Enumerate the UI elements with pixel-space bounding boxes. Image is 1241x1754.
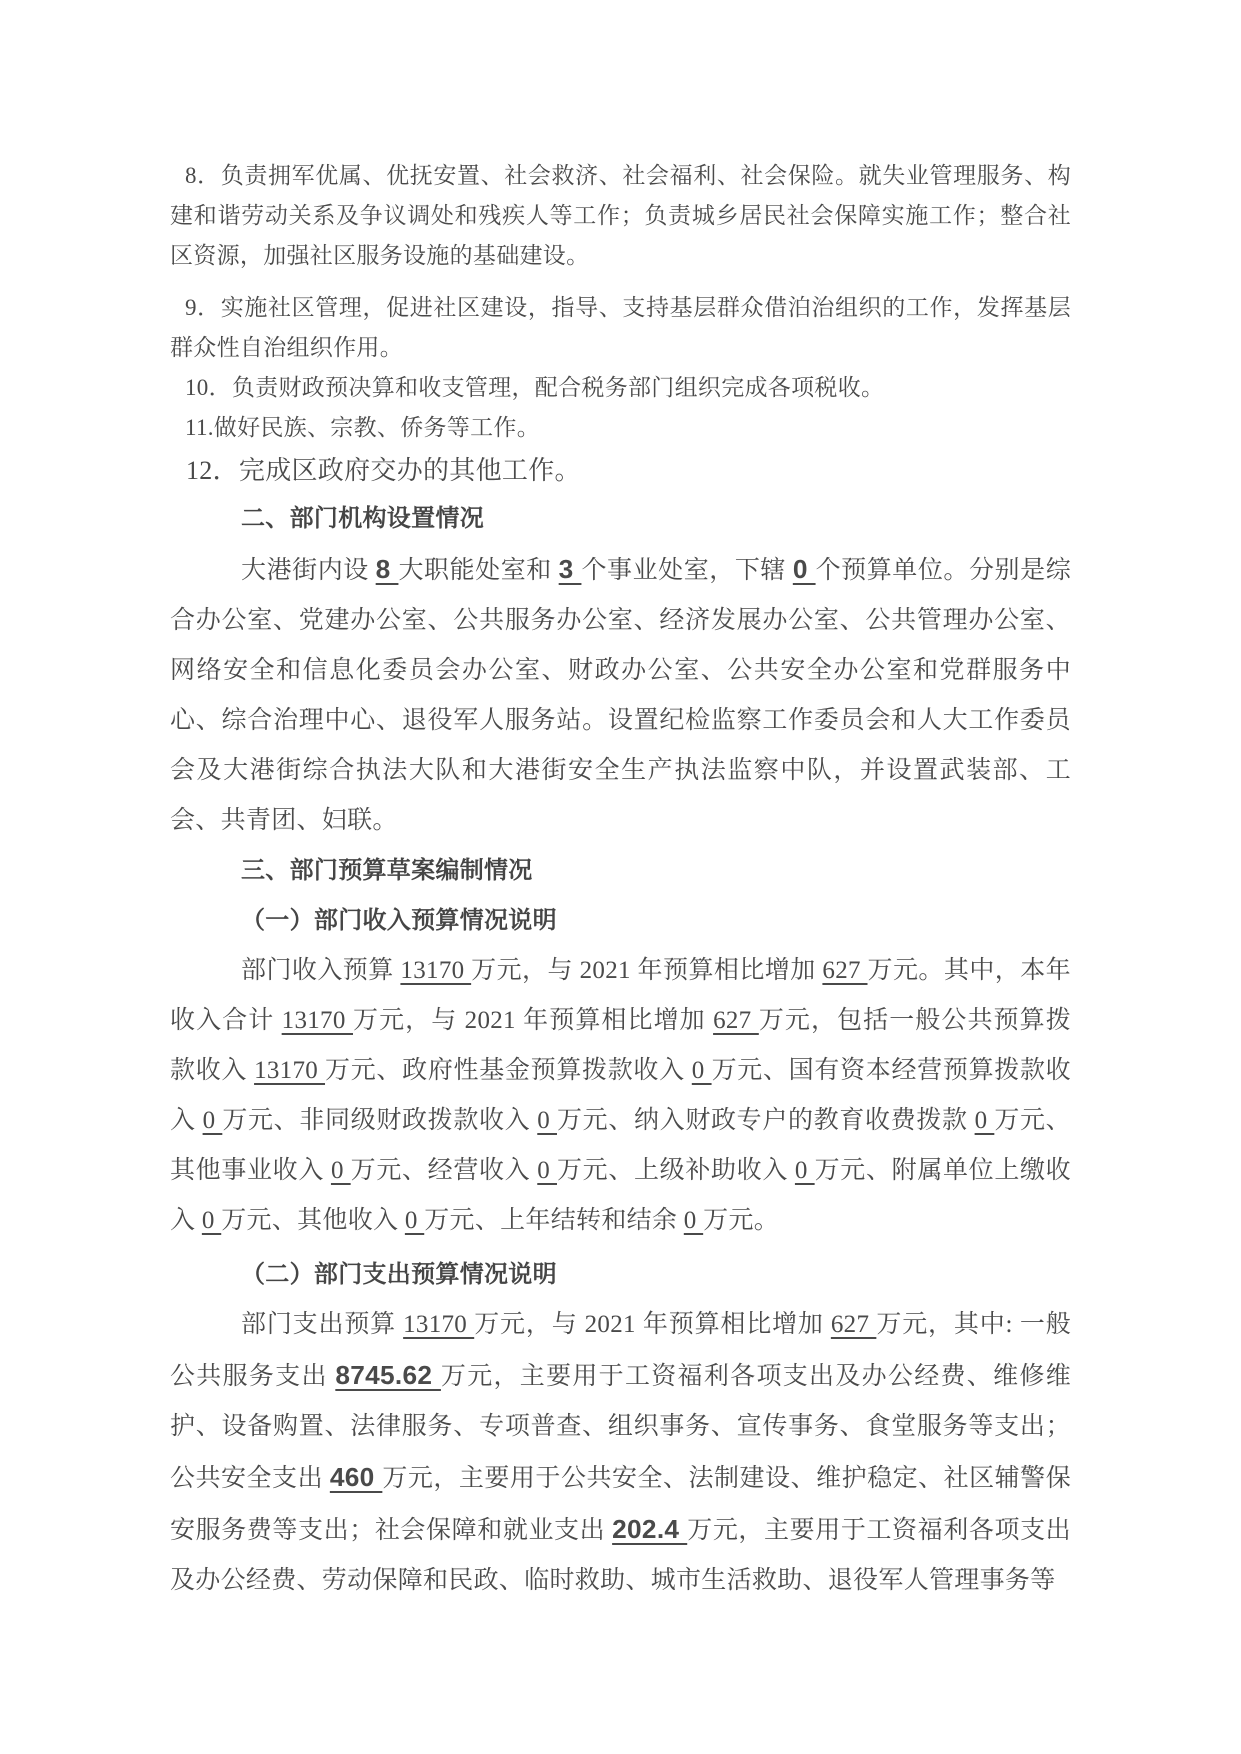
text-run: 个预算单位。分别是综合办公室、党建办公室、公共服务办公室、经济发展办公室、公共管… [170,557,1071,834]
text-run: 万元、政府性基金预算拨款收入 [325,1057,692,1084]
document-body: 8．负责拥军优属、优抚安置、社会救济、社会福利、社会保险。就失业管理服务、构建和… [170,156,1071,1606]
underlined-number: 13170 [282,1007,353,1034]
text-run: 万元、非同级财政拨款收入 [222,1107,537,1134]
underlined-number: 460 [330,1462,383,1492]
underlined-number: 0 [202,1207,221,1234]
underlined-number: 0 [795,1157,815,1184]
underlined-number: 13170 [403,1311,474,1338]
text-run: 8．负责拥军优属、优抚安置、社会救济、社会福利、社会保险。就失业管理服务、构建和… [170,163,1071,268]
text-run: 部门收入预算 [241,957,400,984]
underlined-number: 627 [713,1007,759,1034]
section-3-heading: 三、部门预算草案编制情况 [170,846,1071,896]
item-12: 12．完成区政府交办的其他工作。 [170,448,1071,494]
text-run: 万元、上年结转和结余 [424,1207,684,1234]
item-8: 8．负责拥军优属、优抚安置、社会救济、社会福利、社会保险。就失业管理服务、构建和… [170,156,1071,276]
underlined-number: 0 [684,1207,703,1234]
underlined-number: 0 [975,1107,995,1134]
text-run: 大港街内设 [241,557,376,584]
underlined-number: 0 [537,1157,557,1184]
text-run: 二、部门机构设置情况 [241,505,484,532]
item-11: 11.做好民族、宗教、侨务等工作。 [170,408,1071,448]
underlined-number: 13170 [400,957,471,984]
underlined-number: 0 [203,1107,223,1134]
document-page: 8．负责拥军优属、优抚安置、社会救济、社会福利、社会保险。就失业管理服务、构建和… [0,0,1241,1754]
underlined-number: 13170 [254,1057,325,1084]
underlined-number: 0 [793,554,816,584]
text-run: 部门支出预算 [241,1311,403,1338]
underlined-number: 627 [831,1311,877,1338]
text-run: 万元、上级补助收入 [557,1157,795,1184]
expenditure-subheading: （二）部门支出预算情况说明 [170,1250,1071,1300]
underlined-number: 627 [822,957,867,984]
text-run: 万元，与 2021 年预算相比增加 [471,957,822,984]
text-run: 三、部门预算草案编制情况 [241,857,533,884]
text-run: 11.做好民族、宗教、侨务等工作。 [185,415,540,440]
org-structure-paragraph: 大港街内设 8 大职能处室和 3 个事业处室，下辖 0 个预算单位。分别是综合办… [170,544,1071,846]
income-paragraph: 部门收入预算 13170 万元，与 2021 年预算相比增加 627 万元。其中… [170,946,1071,1246]
text-run: 10．负责财政预决算和收支管理，配合税务部门组织完成各项税收。 [185,375,884,400]
underlined-number: 8 [376,554,399,584]
text-run: 万元，与 2021 年预算相比增加 [474,1311,831,1338]
text-run: （一）部门收入预算情况说明 [241,907,557,934]
text-run: 万元，与 2021 年预算相比增加 [353,1007,713,1034]
text-run: 万元。 [703,1207,779,1234]
text-run: 12．完成区政府交办的其他工作。 [186,456,581,485]
item-9: 9．实施社区管理，促进社区建设，指导、支持基层群众借泊治组织的工作，发挥基层群众… [170,288,1071,368]
text-run: 9．实施社区管理，促进社区建设，指导、支持基层群众借泊治组织的工作，发挥基层群众… [170,295,1071,360]
expenditure-paragraph: 部门支出预算 13170 万元，与 2021 年预算相比增加 627 万元，其中… [170,1300,1071,1606]
text-run: （二）部门支出预算情况说明 [241,1261,557,1288]
underlined-number: 3 [559,554,582,584]
text-run: 万元、其他收入 [221,1207,405,1234]
underlined-number: 0 [331,1157,351,1184]
item-10: 10．负责财政预决算和收支管理，配合税务部门组织完成各项税收。 [170,368,1071,408]
section-2-heading: 二、部门机构设置情况 [170,494,1071,544]
underlined-number: 8745.62 [335,1360,441,1390]
text-run: 大职能处室和 [398,557,558,584]
text-run: 万元、经营收入 [351,1157,538,1184]
underlined-number: 202.4 [612,1514,687,1544]
underlined-number: 0 [405,1207,424,1234]
income-subheading: （一）部门收入预算情况说明 [170,896,1071,946]
text-run: 个事业处室，下辖 [581,557,792,584]
underlined-number: 0 [537,1107,557,1134]
underlined-number: 0 [692,1057,712,1084]
text-run: 万元、纳入财政专户的教育收费拨款 [557,1107,975,1134]
